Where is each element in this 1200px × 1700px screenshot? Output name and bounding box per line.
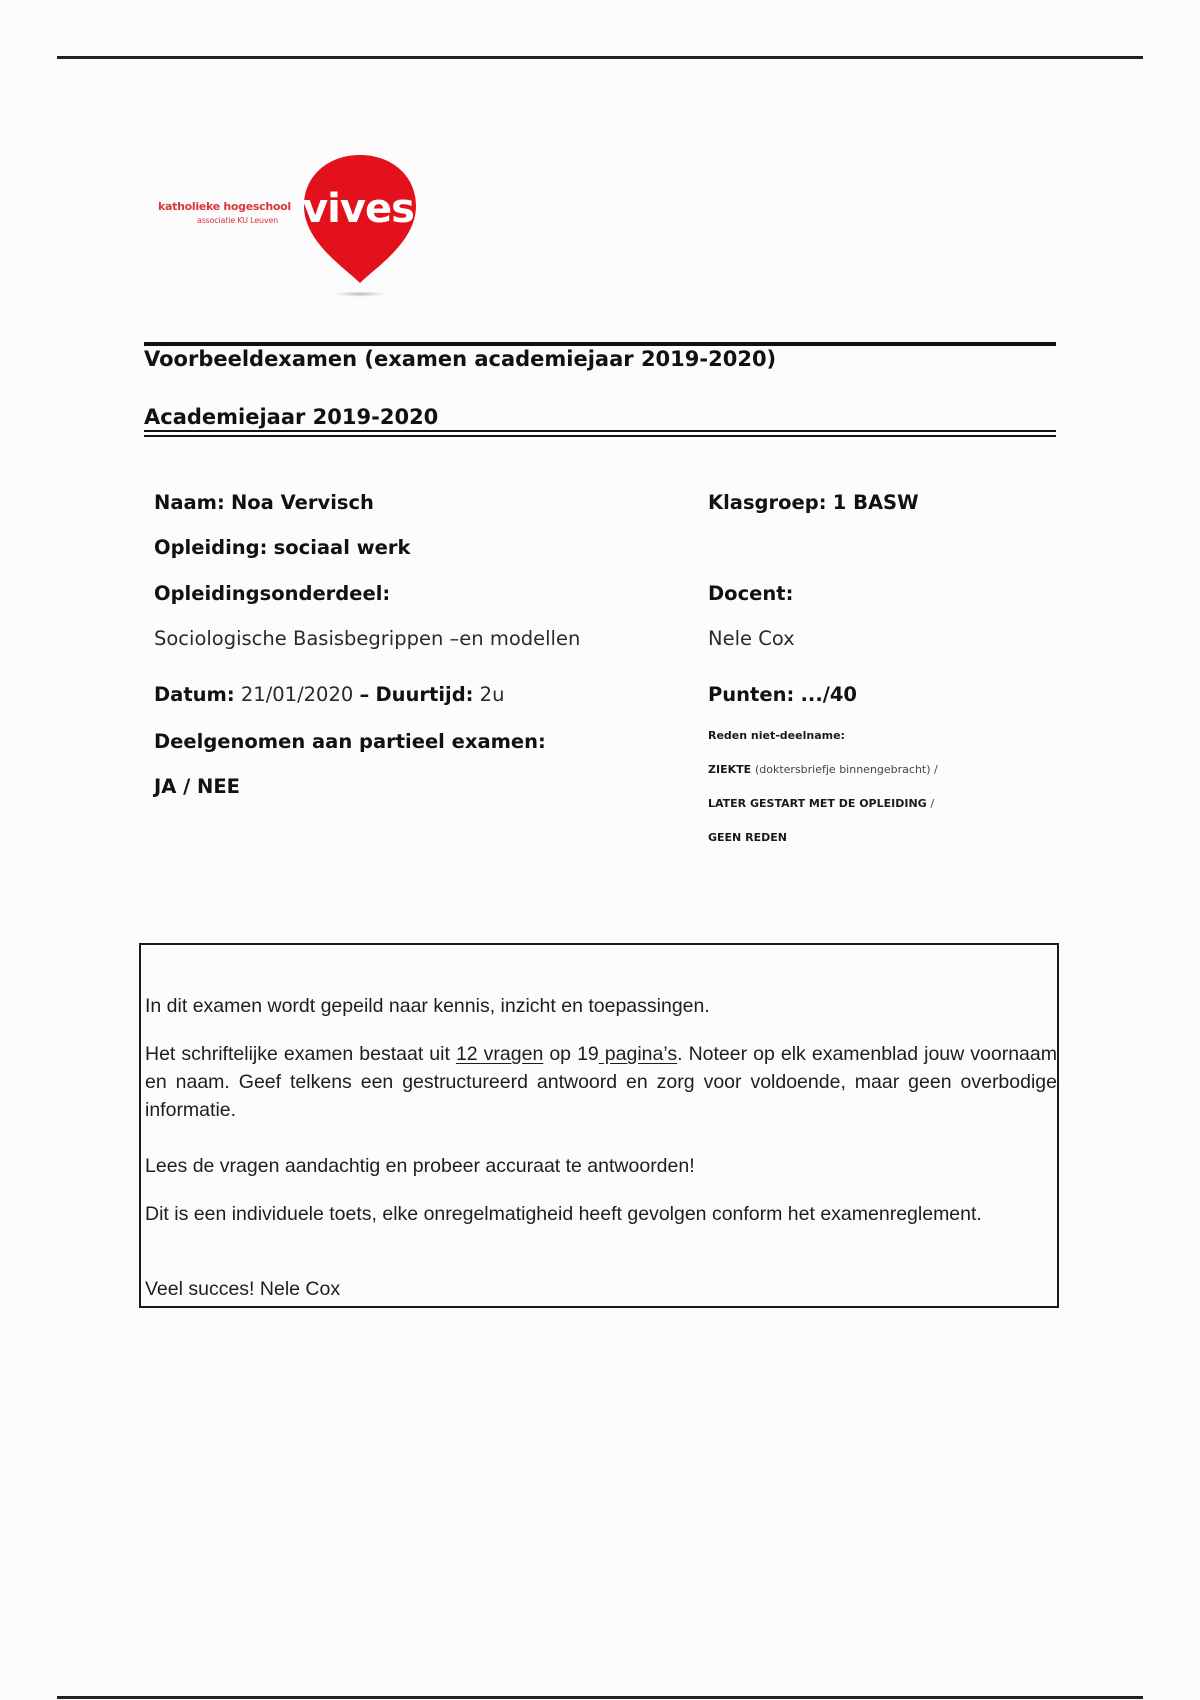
- course-label: Opleidingsonderdeel:: [154, 582, 390, 605]
- reason-none-bold: GEEN REDEN: [708, 831, 787, 844]
- course-value: Sociologische Basisbegrippen –en modelle…: [154, 627, 580, 650]
- question-count: 12 vragen: [456, 1043, 543, 1065]
- date-duration-field: Datum: 21/01/2020 – Duurtijd: 2u: [154, 683, 504, 706]
- class-group-field: Klasgroep: 1 BASW: [708, 491, 919, 514]
- program-label: Opleiding:: [154, 536, 267, 559]
- duration-value: 2u: [480, 683, 505, 706]
- instruction-intro: In dit examen wordt gepeild naar kennis,…: [145, 992, 1057, 1020]
- reason-late-start-bold: LATER GESTART MET DE OPLEIDING: [708, 797, 927, 810]
- vives-logo: katholieke hogeschool associatie KU Leuv…: [155, 150, 435, 300]
- reason-option-illness: ZIEKTE (doktersbriefje binnengebracht) /: [708, 763, 938, 776]
- instruction-exam-structure: Het schriftelijke examen bestaat uit 12 …: [145, 1040, 1057, 1124]
- header-rule-double: [144, 430, 1056, 432]
- header-rule-double-2: [144, 435, 1056, 437]
- instructions-box: In dit examen wordt gepeild naar kennis,…: [139, 943, 1059, 1308]
- page-bottom-rule: [57, 1696, 1143, 1699]
- partial-exam-field: Deelgenomen aan partieel examen:: [154, 730, 546, 753]
- partial-exam-options: JA / NEE: [154, 775, 240, 798]
- partial-exam-choice: JA / NEE: [154, 775, 240, 798]
- date-value: 21/01/2020: [241, 683, 353, 706]
- points-label: Punten:: [708, 683, 794, 706]
- academic-year-title: Academiejaar 2019-2020: [144, 405, 438, 429]
- reason-late-start-sep: /: [931, 797, 935, 810]
- structure-text-mid: op 19: [543, 1043, 598, 1065]
- class-group-value: 1 BASW: [833, 491, 919, 514]
- reason-illness-detail: (doktersbriefje binnengebracht) /: [755, 763, 938, 776]
- course-label-field: Opleidingsonderdeel:: [154, 582, 390, 605]
- page-count: pagina’s: [599, 1043, 677, 1065]
- teacher-label: Docent:: [708, 582, 793, 605]
- course-value-field: Sociologische Basisbegrippen –en modelle…: [154, 627, 580, 650]
- map-pin-icon: vives: [155, 150, 435, 300]
- teacher-value-field: Nele Cox: [708, 627, 795, 650]
- class-group-label: Klasgroep:: [708, 491, 827, 514]
- reason-option-late-start: LATER GESTART MET DE OPLEIDING /: [708, 797, 934, 810]
- program-value: sociaal werk: [274, 536, 411, 559]
- exam-title: Voorbeeldexamen (examen academiejaar 201…: [144, 347, 776, 371]
- reason-option-none: GEEN REDEN: [708, 831, 787, 844]
- student-name-field: Naam: Noa Vervisch: [154, 491, 374, 514]
- reason-illness-bold: ZIEKTE: [708, 763, 751, 776]
- date-separator: –: [359, 683, 369, 706]
- instruction-read-carefully: Lees de vragen aandachtig en probeer acc…: [145, 1152, 1057, 1180]
- instruction-good-luck: Veel succes! Nele Cox: [145, 1275, 1057, 1303]
- structure-text-start: Het schriftelijke examen bestaat uit: [145, 1043, 456, 1065]
- points-value: .../40: [801, 683, 857, 706]
- name-label: Naam:: [154, 491, 225, 514]
- instruction-individual-test: Dit is een individuele toets, elke onreg…: [145, 1200, 1057, 1228]
- name-value: Noa Vervisch: [231, 491, 374, 514]
- page-top-rule: [57, 56, 1143, 59]
- partial-exam-label: Deelgenomen aan partieel examen:: [154, 730, 546, 753]
- points-field: Punten: .../40: [708, 683, 857, 706]
- program-field: Opleiding: sociaal werk: [154, 536, 411, 559]
- teacher-value: Nele Cox: [708, 627, 795, 650]
- date-label: Datum:: [154, 683, 235, 706]
- duration-label: Duurtijd:: [375, 683, 473, 706]
- header-rule-top: [144, 342, 1056, 346]
- reason-label: Reden niet-deelname:: [708, 729, 845, 742]
- teacher-label-field: Docent:: [708, 582, 793, 605]
- svg-text:vives: vives: [302, 186, 414, 232]
